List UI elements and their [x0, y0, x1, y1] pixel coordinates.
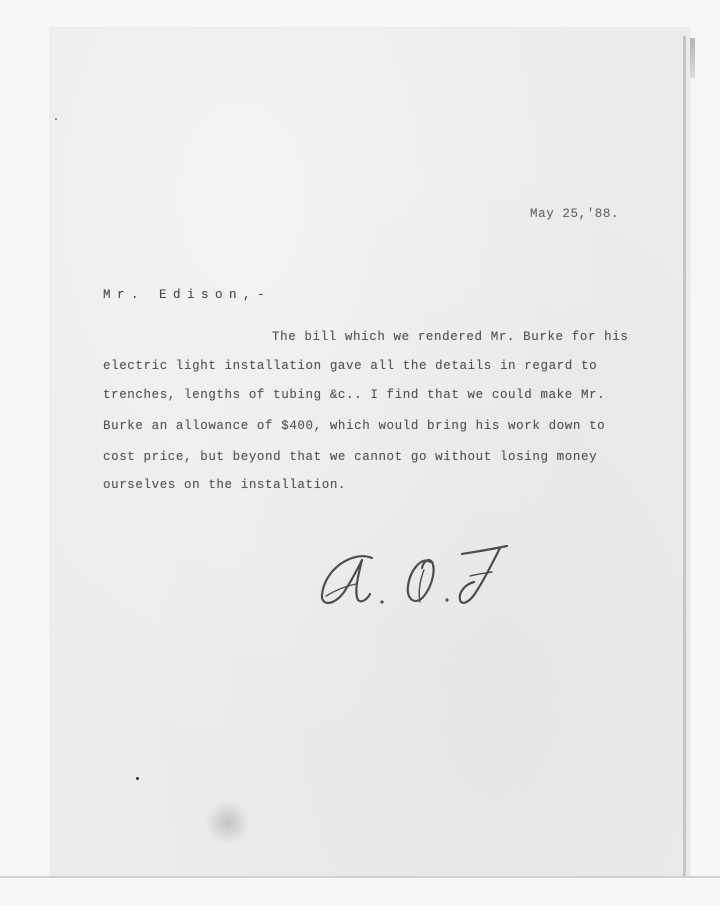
letter-body-line: trenches, lengths of tubing &c.. I find …: [103, 388, 605, 402]
handwritten-signature: A.O.T.: [312, 540, 512, 615]
letter-body-line: cost price, but beyond that we cannot go…: [103, 450, 597, 464]
letter-date: May 25,'88.: [530, 207, 619, 221]
letter-body-line: The bill which we rendered Mr. Burke for…: [272, 330, 628, 344]
sheet-corner-shadow: [690, 38, 695, 78]
letter-body-line: electric light installation gave all the…: [103, 359, 597, 373]
paper-smudge: [205, 800, 250, 845]
ink-speck: [55, 118, 57, 120]
sheet-right-edge: [683, 36, 686, 878]
letter-salutation: Mr. Edison,-: [103, 288, 271, 302]
sheet-bottom-edge: [0, 876, 720, 878]
ink-speck: [136, 777, 139, 780]
letter-body-line: ourselves on the installation.: [103, 478, 346, 492]
letter-body-line: Burke an allowance of $400, which would …: [103, 419, 605, 433]
